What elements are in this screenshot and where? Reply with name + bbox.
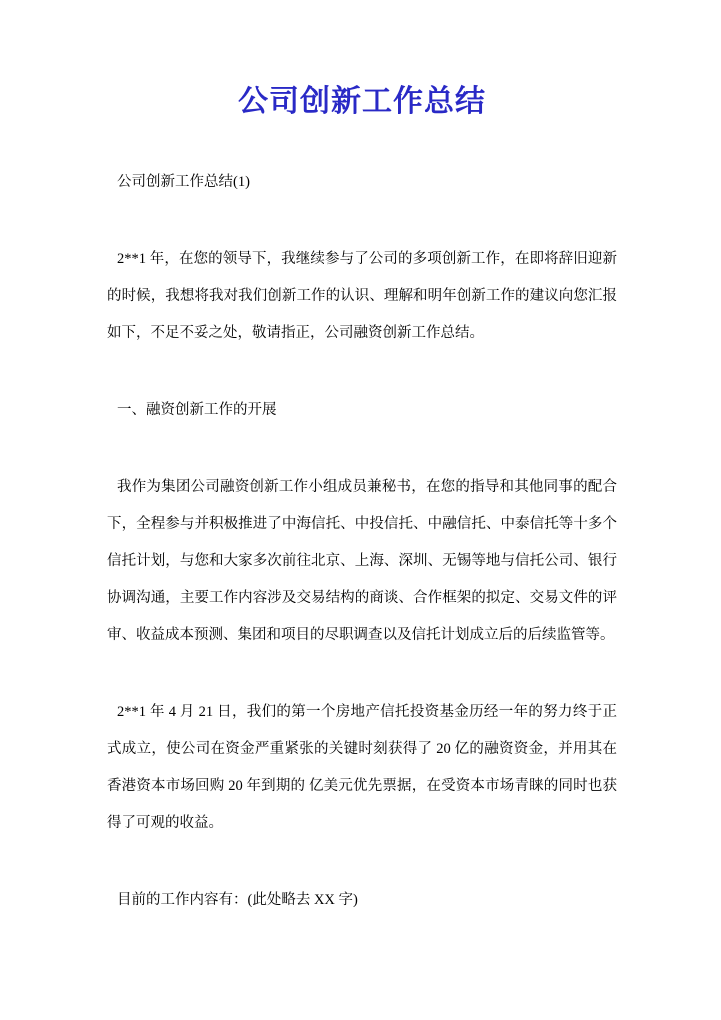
document-subtitle: 公司创新工作总结(1) bbox=[107, 164, 617, 201]
paragraph-work-development: 我作为集团公司融资创新工作小组成员兼秘书，在您的指导和其他同事的配合下，全程参与… bbox=[107, 469, 617, 654]
paragraph-current-work: 目前的工作内容有：(此处略去 XX 字) bbox=[107, 882, 617, 919]
paragraph-trust-fund: 2**1 年 4 月 21 日，我们的第一个房地产信托投资基金历经一年的努力终于… bbox=[107, 694, 617, 842]
document-page: 公司创新工作总结 公司创新工作总结(1) 2**1 年，在您的领导下，我继续参与… bbox=[0, 0, 721, 1020]
paragraph-intro: 2**1 年，在您的领导下，我继续参与了公司的多项创新工作，在即将辞旧迎新的时候… bbox=[107, 241, 617, 352]
document-title: 公司创新工作总结 bbox=[107, 80, 617, 124]
section-heading: 一、融资创新工作的开展 bbox=[107, 392, 617, 429]
